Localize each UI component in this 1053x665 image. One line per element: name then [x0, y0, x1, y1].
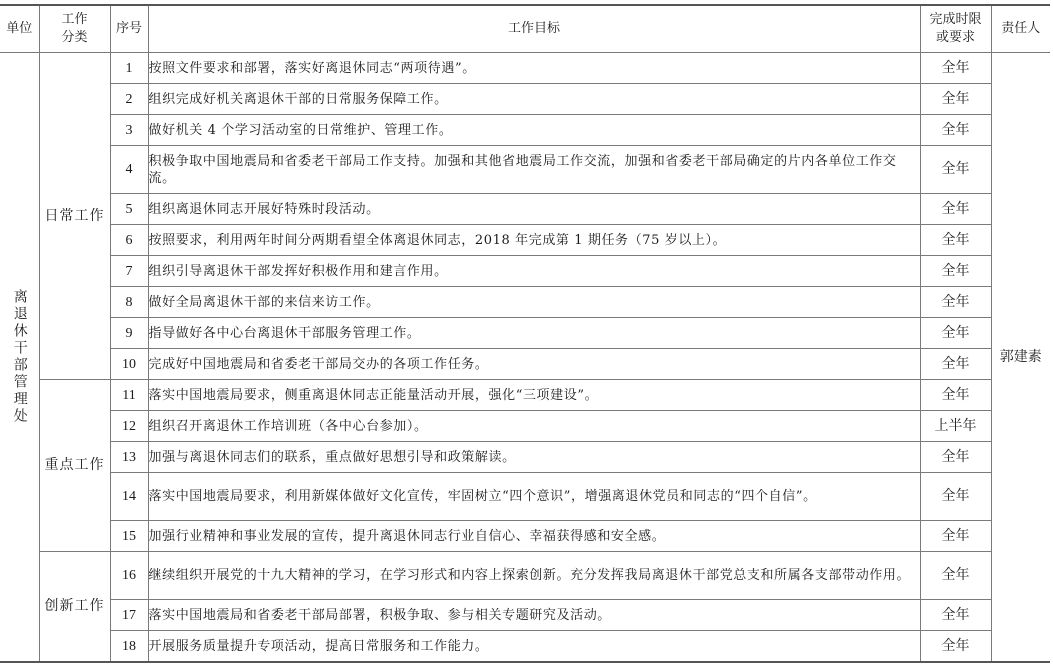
row-index: 15 — [110, 521, 148, 552]
row-deadline: 全年 — [920, 115, 991, 146]
row-deadline: 全年 — [920, 473, 991, 521]
row-deadline: 全年 — [920, 53, 991, 84]
row-index: 9 — [110, 318, 148, 349]
unit-cell: 离退休干部管理处 — [0, 53, 39, 663]
table-row: 6 按照要求，利用两年时间分两期看望全体离退休同志，2018 年完成第 1 期任… — [0, 225, 1050, 256]
row-deadline: 全年 — [920, 349, 991, 380]
row-goal: 组织召开离退休工作培训班（各中心台参加）。 — [148, 411, 920, 442]
table-row: 15 加强行业精神和事业发展的宣传，提升离退休同志行业自信心、幸福获得感和安全感… — [0, 521, 1050, 552]
header-goal: 工作目标 — [148, 5, 920, 53]
owner-cell: 郭建素 — [991, 53, 1050, 663]
row-deadline: 上半年 — [920, 411, 991, 442]
row-deadline: 全年 — [920, 380, 991, 411]
row-goal: 指导做好各中心台离退休干部服务管理工作。 — [148, 318, 920, 349]
row-index: 4 — [110, 146, 148, 194]
header-index: 序号 — [110, 5, 148, 53]
header-deadline-line1: 完成时限 — [921, 11, 991, 29]
table-row: 5 组织离退休同志开展好特殊时段活动。 全年 — [0, 194, 1050, 225]
row-goal: 做好全局离退休干部的来信来访工作。 — [148, 287, 920, 318]
table-row: 2 组织完成好机关离退休干部的日常服务保障工作。 全年 — [0, 84, 1050, 115]
row-goal: 加强与离退休同志们的联系，重点做好思想引导和政策解读。 — [148, 442, 920, 473]
row-deadline: 全年 — [920, 600, 991, 631]
table-row: 创新工作 16 继续组织开展党的十九大精神的学习，在学习形式和内容上探索创新。充… — [0, 552, 1050, 600]
table-row: 7 组织引导离退休干部发挥好积极作用和建言作用。 全年 — [0, 256, 1050, 287]
row-deadline: 全年 — [920, 552, 991, 600]
row-index: 11 — [110, 380, 148, 411]
table-row: 重点工作 11 落实中国地震局要求，侧重离退休同志正能量活动开展，强化“三项建设… — [0, 380, 1050, 411]
row-deadline: 全年 — [920, 84, 991, 115]
row-goal: 按照要求，利用两年时间分两期看望全体离退休同志，2018 年完成第 1 期任务（… — [148, 225, 920, 256]
table-row: 3 做好机关 4 个学习活动室的日常维护、管理工作。 全年 — [0, 115, 1050, 146]
row-deadline: 全年 — [920, 631, 991, 663]
unit-name: 离退休干部管理处 — [11, 289, 28, 425]
work-plan-table: 单位 工作 分类 序号 工作目标 完成时限 或要求 责任人 离退休干部管理处 日… — [0, 4, 1050, 663]
table-row: 9 指导做好各中心台离退休干部服务管理工作。 全年 — [0, 318, 1050, 349]
row-index: 5 — [110, 194, 148, 225]
table-row: 13 加强与离退休同志们的联系，重点做好思想引导和政策解读。 全年 — [0, 442, 1050, 473]
table-row: 4 积极争取中国地震局和省委老干部局工作支持。加强和其他省地震局工作交流，加强和… — [0, 146, 1050, 194]
row-index: 8 — [110, 287, 148, 318]
category-daily: 日常工作 — [39, 53, 110, 380]
row-index: 2 — [110, 84, 148, 115]
row-goal: 继续组织开展党的十九大精神的学习，在学习形式和内容上探索创新。充分发挥我局离退休… — [148, 552, 920, 600]
row-index: 13 — [110, 442, 148, 473]
header-owner: 责任人 — [991, 5, 1050, 53]
row-index: 14 — [110, 473, 148, 521]
row-goal: 加强行业精神和事业发展的宣传，提升离退休同志行业自信心、幸福获得感和安全感。 — [148, 521, 920, 552]
row-goal: 落实中国地震局要求，利用新媒体做好文化宣传，牢固树立“四个意识”，增强离退休党员… — [148, 473, 920, 521]
row-index: 10 — [110, 349, 148, 380]
row-deadline: 全年 — [920, 194, 991, 225]
row-deadline: 全年 — [920, 225, 991, 256]
row-deadline: 全年 — [920, 146, 991, 194]
table-row: 离退休干部管理处 日常工作 1 按照文件要求和部署，落实好离退休同志“两项待遇”… — [0, 53, 1050, 84]
row-deadline: 全年 — [920, 256, 991, 287]
row-index: 6 — [110, 225, 148, 256]
row-goal: 按照文件要求和部署，落实好离退休同志“两项待遇”。 — [148, 53, 920, 84]
row-index: 17 — [110, 600, 148, 631]
row-goal: 完成好中国地震局和省委老干部局交办的各项工作任务。 — [148, 349, 920, 380]
category-innovation: 创新工作 — [39, 552, 110, 663]
table-row: 12 组织召开离退休工作培训班（各中心台参加）。 上半年 — [0, 411, 1050, 442]
header-category-line2: 分类 — [40, 29, 110, 47]
table-row: 17 落实中国地震局和省委老干部局部署，积极争取、参与相关专题研究及活动。 全年 — [0, 600, 1050, 631]
row-index: 3 — [110, 115, 148, 146]
row-index: 12 — [110, 411, 148, 442]
row-index: 16 — [110, 552, 148, 600]
table-row: 18 开展服务质量提升专项活动，提高日常服务和工作能力。 全年 — [0, 631, 1050, 663]
header-deadline-line2: 或要求 — [921, 29, 991, 47]
row-goal: 落实中国地震局和省委老干部局部署，积极争取、参与相关专题研究及活动。 — [148, 600, 920, 631]
row-goal: 开展服务质量提升专项活动，提高日常服务和工作能力。 — [148, 631, 920, 663]
table-row: 10 完成好中国地震局和省委老干部局交办的各项工作任务。 全年 — [0, 349, 1050, 380]
row-goal: 组织引导离退休干部发挥好积极作用和建言作用。 — [148, 256, 920, 287]
row-goal: 组织完成好机关离退休干部的日常服务保障工作。 — [148, 84, 920, 115]
row-deadline: 全年 — [920, 521, 991, 552]
header-category: 工作 分类 — [39, 5, 110, 53]
row-goal: 积极争取中国地震局和省委老干部局工作支持。加强和其他省地震局工作交流，加强和省委… — [148, 146, 920, 194]
row-index: 18 — [110, 631, 148, 663]
row-goal: 落实中国地震局要求，侧重离退休同志正能量活动开展，强化“三项建设”。 — [148, 380, 920, 411]
row-deadline: 全年 — [920, 287, 991, 318]
header-unit: 单位 — [0, 5, 39, 53]
header-category-line1: 工作 — [40, 11, 110, 29]
header-row: 单位 工作 分类 序号 工作目标 完成时限 或要求 责任人 — [0, 5, 1050, 53]
row-deadline: 全年 — [920, 442, 991, 473]
row-goal: 组织离退休同志开展好特殊时段活动。 — [148, 194, 920, 225]
category-key: 重点工作 — [39, 380, 110, 552]
row-deadline: 全年 — [920, 318, 991, 349]
table-row: 8 做好全局离退休干部的来信来访工作。 全年 — [0, 287, 1050, 318]
row-index: 1 — [110, 53, 148, 84]
header-deadline: 完成时限 或要求 — [920, 5, 991, 53]
row-goal: 做好机关 4 个学习活动室的日常维护、管理工作。 — [148, 115, 920, 146]
row-index: 7 — [110, 256, 148, 287]
table-row: 14 落实中国地震局要求，利用新媒体做好文化宣传，牢固树立“四个意识”，增强离退… — [0, 473, 1050, 521]
